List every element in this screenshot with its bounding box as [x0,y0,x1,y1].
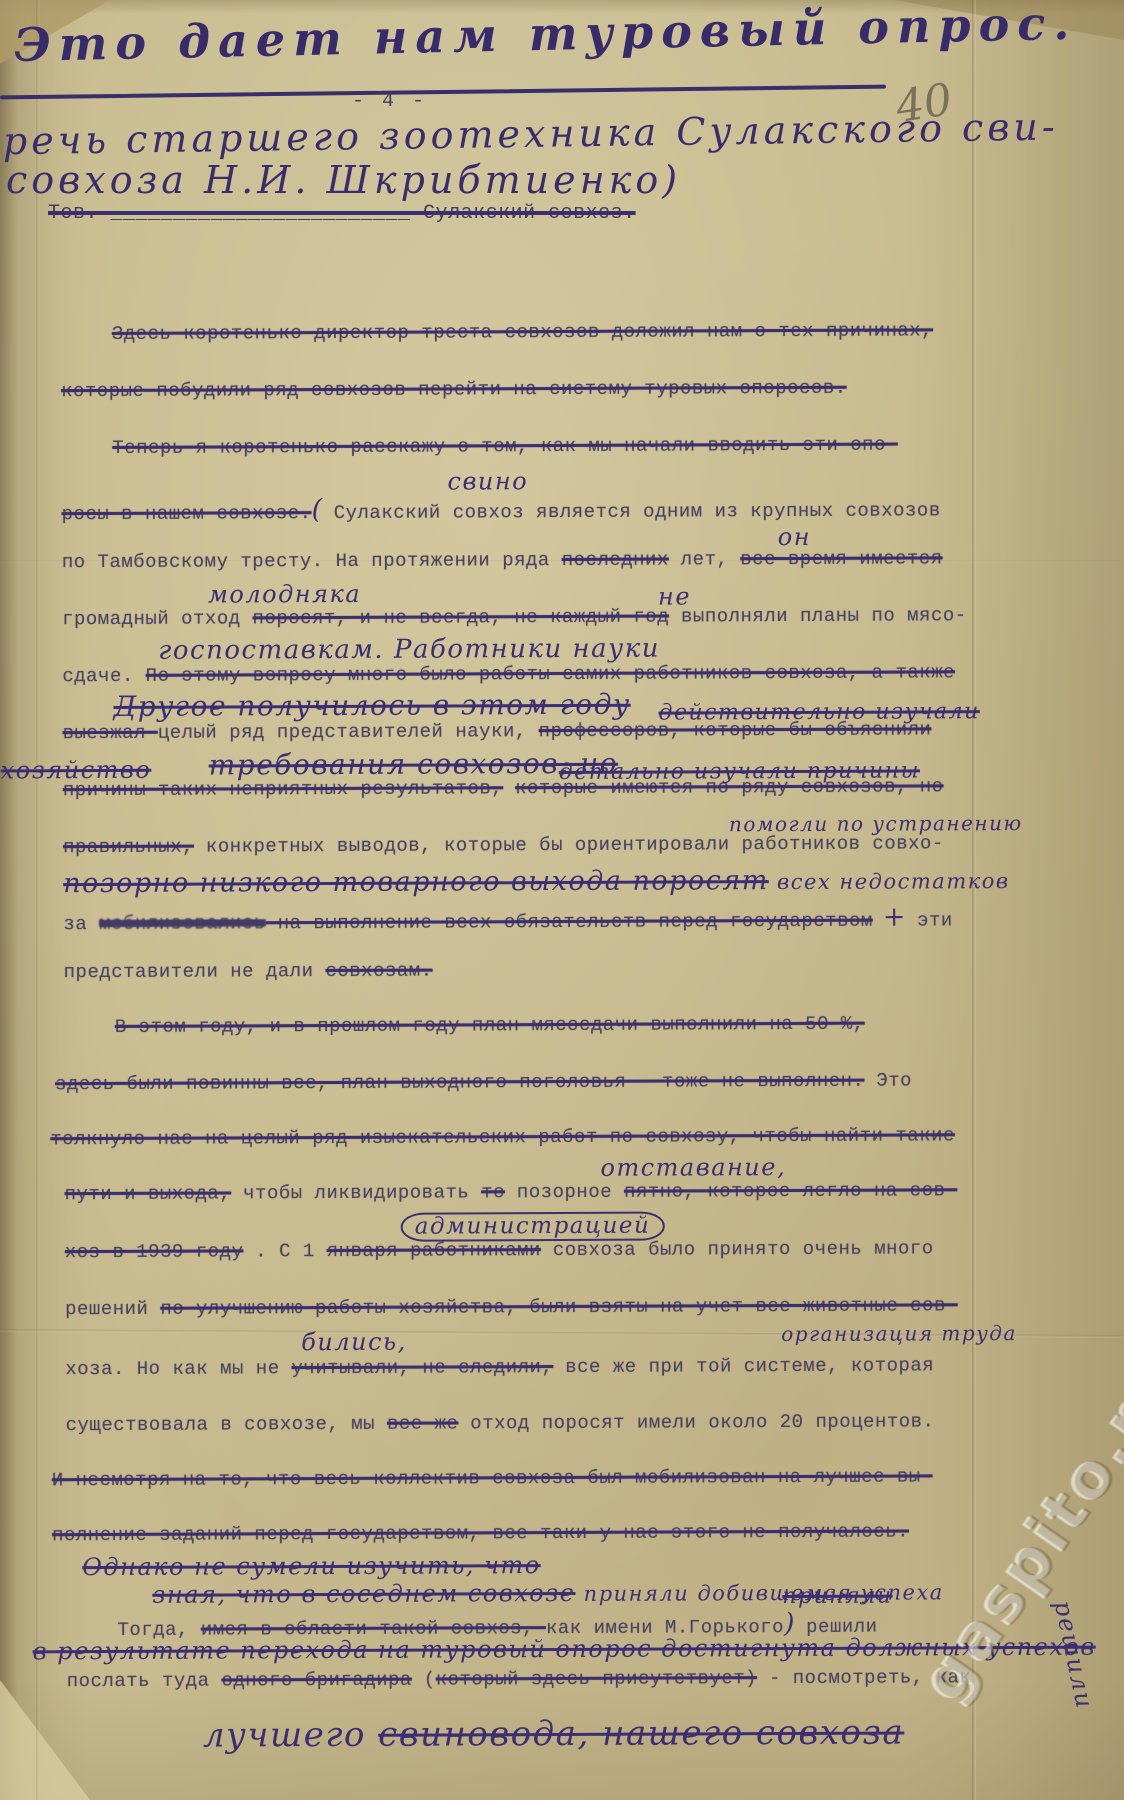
document-line: толкнуло нас на целый ряд изыскательских… [0,1125,1124,1185]
typewritten-text: Теперь я коротенько расскажу о том, как … [112,434,898,459]
typewritten-text: здесь были повинны все, план выходного п… [55,1070,864,1096]
typewritten-text: существовала в совхозе, мы [66,1413,387,1436]
typewritten-text: отход поросят имели около 20 процентов. [458,1410,934,1434]
typewritten-text: И несмотря на то, что весь коллектив сов… [52,1465,933,1491]
typewritten-text: позорное [505,1181,624,1204]
handwritten-text: ( [311,494,333,525]
typewritten-text: по Тамбовскому тресту. На протяжении ряд… [62,549,562,573]
typewritten-text: все же при той системе, которая [553,1354,934,1378]
typewritten-text: по улучшению работы хозяйства, были взят… [160,1294,958,1319]
typewritten-text: росы в нашем совхозе. [62,502,312,525]
page-number-label: - 4 - [352,90,427,113]
handwritten-annotation: действительно изучали [658,701,979,724]
document-line: лучшего свиновода, нашего совхоза [3,1713,1124,1798]
typewritten-text: конкретных выводов, которые бы ориентиро… [194,832,944,857]
handwritten-speech-attribution-line1: (речь старшего зоотехника Сулакского сви… [0,104,1059,163]
handwritten-title: Это дает нам туровый опрос. [14,0,975,72]
typewritten-text: толкнуло нас на целый ряд изыскательских… [50,1124,955,1150]
handwritten-speech-attribution-line2: совхоза Н.И. Шкрибтиенко) [6,158,681,202]
typewritten-text: чтобы ликвидировать [231,1181,481,1204]
typewritten-text: сдаче. [62,665,145,687]
typewritten-text: целый ряд представителей науки, [158,720,539,744]
typewritten-text: мобилизовались [99,912,266,935]
handwritten-annotation: бились, [301,1330,407,1354]
typewritten-text: которые побудили ряд совхозов перейти на… [61,377,847,402]
typewritten-text: . С 1 [243,1240,326,1262]
handwritten-annotation: отставание, [600,1155,786,1180]
typewritten-text: января работниками [327,1239,541,1262]
typewritten-text: Это [864,1069,912,1091]
document-line: правильных, конкретных выводов, которые … [0,833,1123,869]
handwritten-annotation: администрацией [401,1212,665,1242]
handwritten-text: лучшего [203,1715,378,1756]
handwritten-annotation: он [778,525,811,549]
document-line: росы в нашем совхозе.( Сулакский совхоз … [0,491,1122,553]
typewritten-text: послать туда [67,1669,222,1692]
typewritten-text: совхозам. [325,960,432,982]
document-line: по Тамбовскому тресту. На протяжении ряд… [0,548,1122,610]
handwritten-annotation: не [658,584,691,608]
handwritten-annotation: Другое получилось в этом году [113,691,630,721]
typewritten-text: решений [65,1298,160,1320]
handwritten-text: в результате перехода на туровый опорос … [33,1633,1096,1666]
typewritten-text: В этом году, и в прошлом году план мясос… [115,1013,865,1038]
typewritten-text: на выполнение всех обязательств перед го… [266,910,873,935]
document-body: Здесь коротенько директор треста совхозо… [0,320,1124,1798]
handwritten-annotation: свино [447,469,528,493]
scanned-document-page: Это дает нам туровый опрос. - 4 - 40 (ре… [0,0,1124,1800]
handwritten-text: зная, что в соседнем совхозе [152,1579,575,1609]
addressee-line-struck: Тов. ________________________ Сулакский … [48,202,636,225]
typewritten-text: то [481,1181,505,1203]
document-line: существовала в совхозе, мы все же отход … [2,1411,1124,1471]
typewritten-text: одного бригадира [221,1669,412,1692]
title-underline-stroke [0,85,886,100]
typewritten-text: совхоз является одним из крупных совхозо… [441,499,941,523]
typewritten-text: хоз в 1939 году [65,1240,244,1263]
typewritten-text: Сулакский [334,502,441,524]
handwritten-annotation: детально изучали причины [559,760,920,784]
typewritten-text: совхоза было принято очень много [541,1237,934,1261]
handwritten-text: всех недостатков [769,869,1010,894]
typewritten-text: эти [917,909,953,931]
handwritten-annotation: приняли [782,1586,892,1608]
typewritten-text: выезжал [63,722,158,744]
document-line: позорно низкого товарного выхода поросят… [0,864,1123,906]
typewritten-text: выполняли планы по мясо- [669,604,967,627]
typewritten-text: - посмотреть, как [757,1666,971,1689]
document-line: В этом году, и в прошлом году план мясос… [0,1013,1124,1075]
handwritten-annotation: госпоставкам. Работники науки [158,636,660,664]
document-line: которые побудили ряд совхозов перейти на… [0,377,1121,439]
handwritten-annotation: молодняка [208,582,361,607]
typewritten-text: последних [562,549,669,571]
handwritten-annotation: требования совхозов, но [209,750,619,780]
typewritten-text: за [63,913,99,935]
typewritten-text: учитывали, не следили, [291,1356,553,1379]
document-line: послать туда одного бригадира (который з… [3,1667,1124,1718]
typewritten-text: который здесь присутствует) [436,1667,757,1690]
typewritten-text: лет, [669,548,741,570]
typewritten-text: все же [387,1412,459,1434]
typewritten-text: полнение заданий перед государством, все… [52,1520,909,1546]
typewritten-text: правильных, [63,836,194,859]
handwritten-text: свиновода, нашего совхоза [378,1713,904,1755]
document-line: за мобилизовались на выполнение всех обя… [0,901,1124,963]
typewritten-text: ( [412,1669,436,1691]
document-line: представители не дали совхозам. [0,958,1124,1018]
typewritten-text: все время имеется [740,547,942,570]
handwritten-annotation: хозяйство [1,758,152,783]
handwritten-text: Однако не сумели изучить, что [82,1551,541,1581]
typewritten-text: хоза. Но как мы не [65,1357,291,1380]
typewritten-text: громадный отход [62,607,253,630]
document-line: Теперь я коротенько расскажу о том, как … [0,434,1122,496]
handwritten-annotation: организация труда [781,1323,1017,1344]
document-line: хоз в 1939 году . С 1 января работниками… [1,1238,1124,1300]
typewritten-text: пути и выхода, [65,1182,232,1205]
handwritten-text: + [873,901,917,932]
document-line: И несмотря на то, что весь коллектив сов… [2,1466,1124,1526]
typewritten-text: пятно, которое легло на сов- [624,1179,957,1202]
handwritten-annotation: помогли по устранению [729,813,1023,834]
document-line: Здесь коротенько директор треста совхозо… [0,320,1121,382]
document-line: хоза. Но как мы не учитывали, не следили… [1,1355,1124,1416]
typewritten-text: представители не дали [64,960,326,983]
typewritten-text: поросят, и не всегда, не каждый год [252,606,669,630]
handwritten-text: позорно низкого товарного выхода поросят [63,865,769,899]
document-line: здесь были повинны все, план выходного п… [0,1070,1124,1130]
typewritten-text: Здесь коротенько директор треста совхозо… [112,319,933,345]
typewritten-text [503,777,515,799]
